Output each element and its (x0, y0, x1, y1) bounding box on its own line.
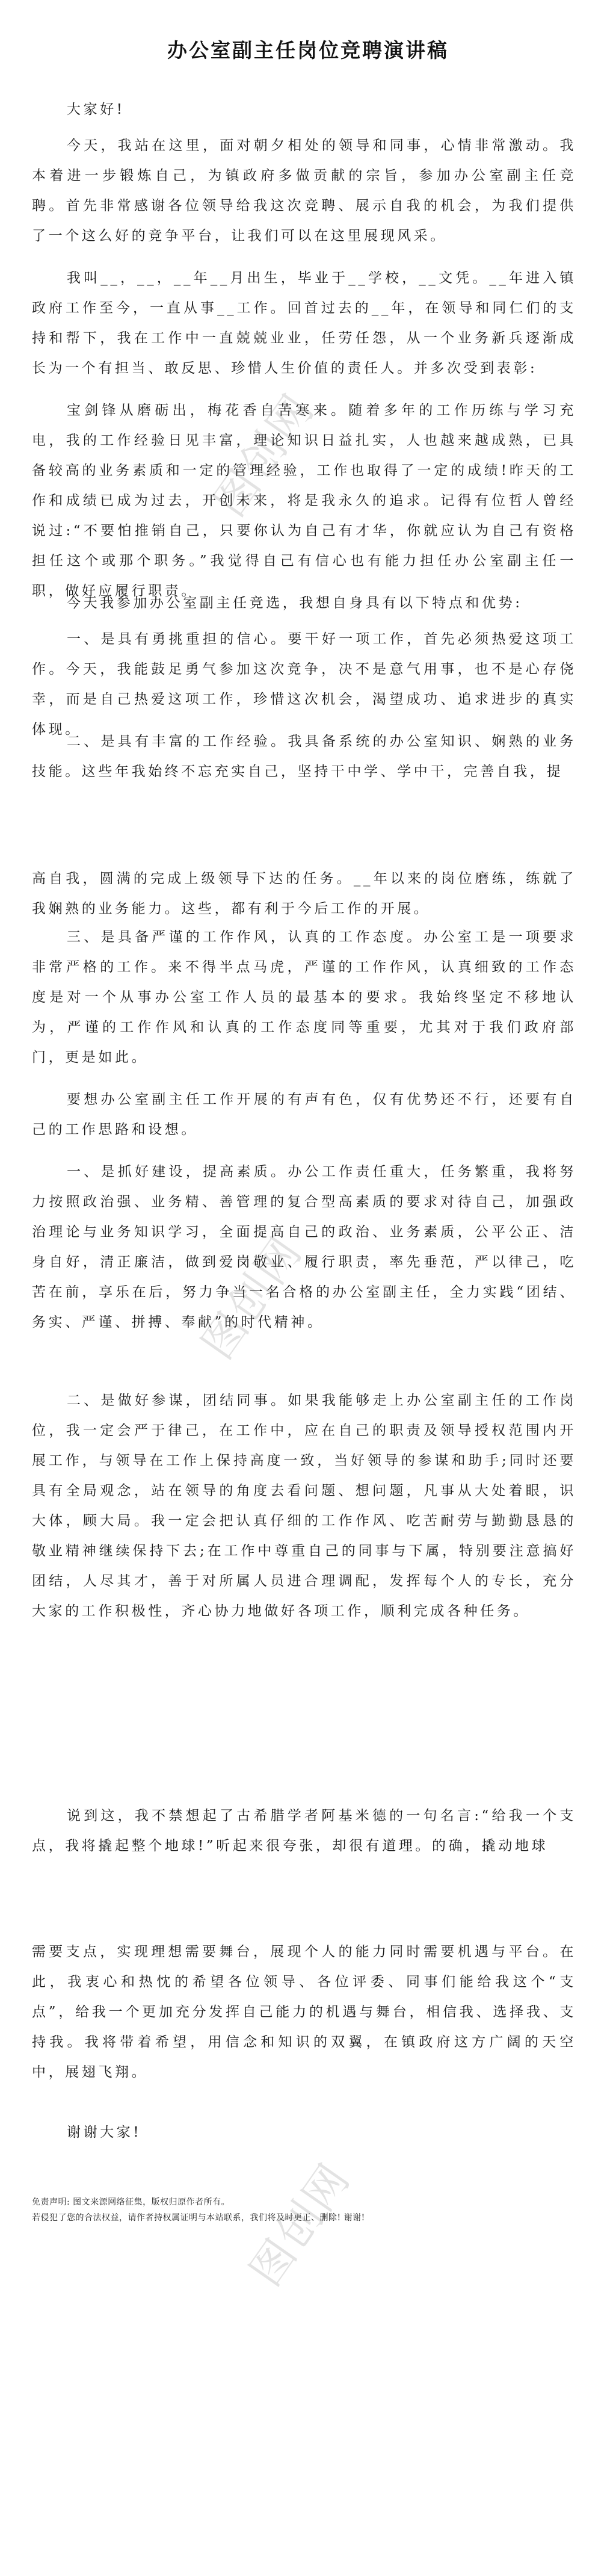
paragraph: 二、是做好参谋，团结同事。如果我能够走上办公室副主任的工作岗位，我一定会严于律己… (32, 1386, 576, 1626)
greeting: 大家好! (32, 94, 576, 125)
paragraph-1: 今天，我站在这里，面对朝夕相处的领导和同事，心情非常激动。我本着进一步锻炼自己，… (32, 131, 576, 251)
paragraph: 要想办公室副主任工作开展的有声有色，仅有优势还不行，还要有自己的工作思路和设想。 (32, 1085, 576, 1145)
paragraph-3: 宝剑锋从磨砺出，梅花香自苦寒来。随着多年的工作历练与学习充电，我的工作经验日见丰… (32, 395, 576, 606)
paragraph-2: 我叫__，__，__年__月出生，毕业于__学校，__文凭。__年进入镇政府工作… (32, 263, 576, 383)
paragraph-10: 二、是做好参谋，团结同事。如果我能够走上办公室副主任的工作岗位，我一定会严于律己… (32, 1386, 576, 1626)
disclaimer-line: 免责声明: 图文来源网络征集，版权归原作者所有。 (32, 2194, 365, 2210)
paragraph-9: 一、是抓好建设，提高素质。办公工作责任重大，任务繁重，我将努力按照政治强、业务精… (32, 1157, 576, 1337)
paragraph-11b: 需要支点，实现理想需要舞台，展现个人的能力同时需要机遇与平台。在此，我衷心和热忱… (32, 1937, 576, 2087)
paragraph: 二、是具有丰富的工作经验。我具备系统的办公室知识、娴熟的业务技能。这些年我始终不… (32, 726, 576, 787)
paragraph-6a: 二、是具有丰富的工作经验。我具备系统的办公室知识、娴熟的业务技能。这些年我始终不… (32, 726, 576, 787)
greeting-block: 大家好! (32, 94, 576, 125)
disclaimer: 免责声明: 图文来源网络征集，版权归原作者所有。 若侵犯了您的合法权益，请作者持… (32, 2194, 365, 2226)
paragraph-8: 要想办公室副主任工作开展的有声有色，仅有优势还不行，还要有自己的工作思路和设想。 (32, 1085, 576, 1145)
paragraph: 一、是抓好建设，提高素质。办公工作责任重大，任务繁重，我将努力按照政治强、业务精… (32, 1157, 576, 1337)
document-page: 图创网 图创网 图创网 办公室副主任岗位竞聘演讲稿 大家好! 今天，我站在这里，… (0, 0, 616, 2576)
paragraph: 今天，我站在这里，面对朝夕相处的领导和同事，心情非常激动。我本着进一步锻炼自己，… (32, 131, 576, 251)
paragraph-11a: 说到这，我不禁想起了古希腊学者阿基米德的一句名言:“给我一个支点，我将撬起整个地… (32, 1801, 576, 1861)
paragraph-4: 今天我参加办公室副主任竞选，我想自身具有以下特点和优势: (32, 588, 576, 618)
paragraph: 宝剑锋从磨砺出，梅花香自苦寒来。随着多年的工作历练与学习充电，我的工作经验日见丰… (32, 395, 576, 606)
document-title: 办公室副主任岗位竞聘演讲稿 (0, 35, 616, 63)
paragraph-7: 三、是具备严谨的工作作风，认真的工作态度。办公室工是一项要求非常严格的工作。来不… (32, 922, 576, 1073)
closing-block: 谢谢大家! (32, 2117, 576, 2147)
paragraph-6b: 高自我，圆满的完成上级领导下达的任务。__年以来的岗位磨练，练就了我娴熟的业务能… (32, 864, 576, 924)
paragraph: 我叫__，__，__年__月出生，毕业于__学校，__文凭。__年进入镇政府工作… (32, 263, 576, 383)
paragraph-continued: 高自我，圆满的完成上级领导下达的任务。__年以来的岗位磨练，练就了我娴熟的业务能… (32, 864, 576, 924)
paragraph: 说到这，我不禁想起了古希腊学者阿基米德的一句名言:“给我一个支点，我将撬起整个地… (32, 1801, 576, 1861)
closing: 谢谢大家! (32, 2117, 576, 2147)
disclaimer-line: 若侵犯了您的合法权益，请作者持权属证明与本站联系，我们将及时更正、删除! 谢谢! (32, 2210, 365, 2226)
paragraph: 三、是具备严谨的工作作风，认真的工作态度。办公室工是一项要求非常严格的工作。来不… (32, 922, 576, 1073)
paragraph: 今天我参加办公室副主任竞选，我想自身具有以下特点和优势: (32, 588, 576, 618)
paragraph-continued: 需要支点，实现理想需要舞台，展现个人的能力同时需要机遇与平台。在此，我衷心和热忱… (32, 1937, 576, 2087)
